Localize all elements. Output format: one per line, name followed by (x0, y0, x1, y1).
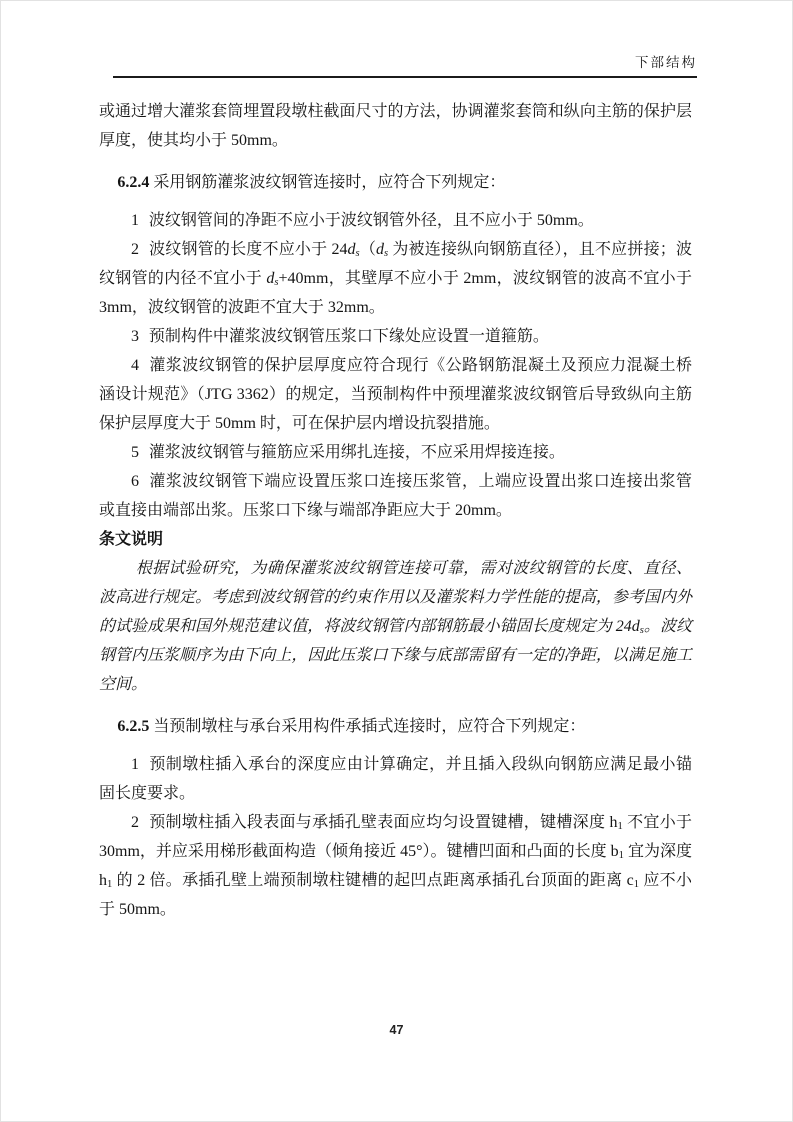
text-run: 6.2.4 (117, 174, 149, 191)
clause-6-2-4-heading: 6.2.4 采用钢筋灌浆波纹钢管连接时，应符合下列规定： (99, 168, 692, 197)
item-number: 2 (131, 814, 139, 831)
clause-6-2-5-heading: 6.2.5 当预制墩柱与承台采用构件承插式连接时，应符合下列规定： (99, 712, 692, 741)
text-run: 预制墩柱插入段表面与承插孔壁表面应均匀设置键槽，键槽深度 h (149, 814, 618, 831)
item-number: 3 (131, 328, 139, 345)
item-number: 6 (131, 473, 139, 490)
text-run: 条文说明 (99, 531, 163, 548)
clause-6-2-5-item-1: 1预制墩柱插入承台的深度应由计算确定，并且插入段纵向钢筋应满足最小锚固长度要求。 (99, 750, 692, 808)
text-run: （ (360, 241, 376, 258)
clause-6-2-4-item-3: 3预制构件中灌浆波纹钢管压浆口下缘处应设置一道箍筋。 (99, 322, 692, 351)
clause-6-2-4-item-2: 2波纹钢管的长度不应小于 24ds（ds 为被连接纵向钢筋直径），且不应拼接；波… (99, 235, 692, 322)
clause-6-2-5-item-2: 2预制墩柱插入段表面与承插孔壁表面应均匀设置键槽，键槽深度 h1 不宜小于 30… (99, 808, 692, 924)
text-run: 的 2 倍。承插孔壁上端预制墩柱键槽的起凹点距离承插孔台顶面的距离 c (112, 872, 634, 889)
item-number: 1 (131, 756, 139, 773)
item-number: 5 (131, 444, 139, 461)
document-page: 下部结构 或通过增大灌浆套筒埋置段墩柱截面尺寸的方法，协调灌浆套筒和纵向主筋的保… (0, 0, 793, 1122)
text-run: 预制墩柱插入承台的深度应由计算确定，并且插入段纵向钢筋应满足最小锚固长度要求。 (99, 756, 692, 802)
text-run: 灌浆波纹钢管下端应设置压浆口连接压浆管，上端应设置出浆口连接出浆管或直接由端部出… (99, 473, 692, 519)
text-run: 或通过增大灌浆套筒埋置段墩柱截面尺寸的方法，协调灌浆套筒和纵向主筋的保护层厚度，… (99, 103, 692, 149)
text-run: 预制构件中灌浆波纹钢管压浆口下缘处应设置一道箍筋。 (149, 328, 549, 345)
item-number: 4 (131, 357, 139, 374)
clause-6-2-4-item-5: 5灌浆波纹钢管与箍筋应采用绑扎连接，不应采用焊接连接。 (99, 438, 692, 467)
clause-6-2-4-item-4: 4灌浆波纹钢管的保护层厚度应符合现行《公路钢筋混凝土及预应力混凝土桥涵设计规范》… (99, 351, 692, 438)
item-number: 1 (131, 212, 139, 229)
paragraph-continuation: 或通过增大灌浆套筒埋置段墩柱截面尺寸的方法，协调灌浆套筒和纵向主筋的保护层厚度，… (99, 97, 692, 155)
text-run: 波纹钢管的长度不应小于 24 (149, 241, 348, 258)
page-number: 47 (1, 1023, 792, 1037)
page-number-text: 47 (390, 1023, 404, 1037)
commentary-paragraph: 根据试验研究，为确保灌浆波纹钢管连接可靠，需对波纹钢管的长度、直径、波高进行规定… (99, 554, 692, 699)
clause-6-2-4-item-6: 6灌浆波纹钢管下端应设置压浆口连接压浆管，上端应设置出浆口连接出浆管或直接由端部… (99, 467, 692, 525)
running-header-text: 下部结构 (635, 55, 697, 70)
clause-6-2-4-item-1: 1波纹钢管间的净距不应小于波纹钢管外径，且不应小于 50mm。 (99, 206, 692, 235)
text-run: 当预制墩柱与承台采用构件承插式连接时，应符合下列规定： (149, 718, 585, 735)
item-number: 2 (131, 241, 139, 258)
text-run: 根据试验研究，为确保灌浆波纹钢管连接可靠，需对波纹钢管的长度、直径、波高进行规定… (99, 560, 692, 635)
text-run: 波纹钢管间的净距不应小于波纹钢管外径，且不应小于 50mm。 (149, 212, 594, 229)
text-run: 灌浆波纹钢管与箍筋应采用绑扎连接，不应采用焊接连接。 (149, 444, 565, 461)
text-run: 灌浆波纹钢管的保护层厚度应符合现行《公路钢筋混凝土及预应力混凝土桥涵设计规范》（… (99, 357, 692, 432)
running-header: 下部结构 (113, 51, 697, 78)
text-run: 采用钢筋灌浆波纹钢管连接时，应符合下列规定： (149, 174, 505, 191)
text-run: 6.2.5 (117, 718, 149, 735)
text-run: d (348, 241, 356, 258)
text-run: d (376, 241, 384, 258)
document-body: 或通过增大灌浆套筒埋置段墩柱截面尺寸的方法，协调灌浆套筒和纵向主筋的保护层厚度，… (99, 97, 692, 924)
commentary-title: 条文说明 (99, 525, 692, 554)
